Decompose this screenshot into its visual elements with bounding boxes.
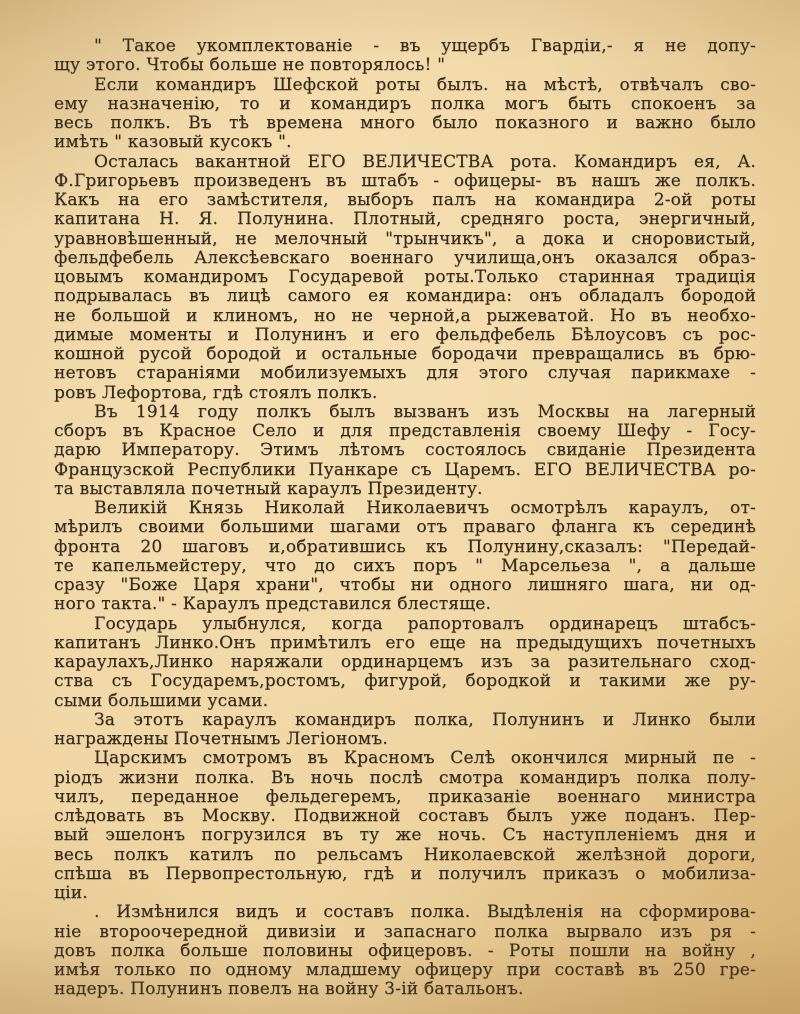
typewritten-text-body: " Такое укомплектованіе - въ ущербъ Гвар…: [54, 37, 756, 1000]
text-line: ства съ Государемъ,ростомъ, фигурой, бор…: [54, 672, 756, 691]
text-line: Въ 1914 году полкъ былъ вызванъ изъ Моск…: [54, 403, 756, 422]
text-line: ріодъ жизни полка. Въ ночь послѣ смотра …: [54, 769, 756, 788]
text-line: Государь улыбнулся, когда рапортовалъ ор…: [54, 615, 756, 634]
text-line: сборъ въ Красное Село и для представлені…: [54, 422, 756, 441]
text-line: щу этого. Чтобы больше не повторялось! ": [54, 56, 756, 75]
text-line: Осталась вакантной ЕГО ВЕЛИЧЕСТВА рота. …: [54, 153, 756, 172]
text-line: Царскимъ смотромъ въ Красномъ Селѣ оконч…: [54, 749, 756, 768]
text-line: фельдфебель Алексѣевскаго военнаго учили…: [54, 249, 756, 268]
text-line: спѣша въ Первопрестольную, гдѣ и получил…: [54, 865, 756, 884]
text-line: вый эшелонъ погрузился въ ту же ночь. Съ…: [54, 826, 756, 845]
text-line: Великій Князь Николай Николаевичъ осмотр…: [54, 499, 756, 518]
text-line: имѣя только по одному младшему офицеру п…: [54, 961, 756, 980]
text-line: имѣть " казовый кусокъ ".: [54, 133, 756, 152]
text-line: ему назначенію, то и командиръ полка мог…: [54, 95, 756, 114]
text-line: ціи.: [54, 884, 756, 903]
scanned-typewritten-page: " Такое укомплектованіе - въ ущербъ Гвар…: [0, 0, 800, 1014]
text-line: Ф.Григорьевъ произведенъ въ штабъ - офиц…: [54, 172, 756, 191]
text-line: капитана Н. Я. Полунина. Плотный, средня…: [54, 210, 756, 229]
text-line: уравновѣшенный, не мелочный "трынчикъ", …: [54, 230, 756, 249]
text-line: " Такое укомплектованіе - въ ущербъ Гвар…: [54, 37, 756, 56]
text-line: весь полкъ катилъ по рельсамъ Николаевск…: [54, 846, 756, 865]
text-line: слѣдовать въ Москву. Подвижной составъ б…: [54, 807, 756, 826]
text-line: те капельмейстеру, что до сихъ поръ " Ма…: [54, 557, 756, 576]
text-line: нетовъ стараніями мобилизуемыхъ для этог…: [54, 364, 756, 383]
text-line: дарю Императору. Этимъ лѣтомъ состоялось…: [54, 441, 756, 460]
text-line: фронта 20 шаговъ и,обратившись къ Полуни…: [54, 538, 756, 557]
text-line: ніе второочередной дивизіи и запаснаго п…: [54, 923, 756, 942]
text-line: ровъ Лефортова, гдѣ стоялъ полкъ.: [54, 384, 756, 403]
text-line: Какъ на его замѣстителя, выборъ палъ на …: [54, 191, 756, 210]
text-line: та выставляла почетный караулъ Президент…: [54, 480, 756, 499]
text-line: довъ полка больше половины офицеровъ. - …: [54, 942, 756, 961]
text-line: весь полкъ. Въ тѣ времена много было пок…: [54, 114, 756, 133]
text-line: ного такта." - Караулъ представился блес…: [54, 595, 756, 614]
text-line: сыми большими усами.: [54, 692, 756, 711]
text-line: За этотъ караулъ командиръ полка, Полуни…: [54, 711, 756, 730]
text-line: подрывалась въ лицѣ самого ея командира:…: [54, 287, 756, 306]
text-line: караулахъ,Линко наряжали ординарцемъ изъ…: [54, 653, 756, 672]
text-line: Если командиръ Шефской роты былъ. на мѣс…: [54, 76, 756, 95]
text-line: цовымъ командиромъ Государевой роты.Толь…: [54, 268, 756, 287]
text-line: чилъ, переданное фельдегеремъ, приказані…: [54, 788, 756, 807]
text-line: награждены Почетнымъ Легіономъ.: [54, 730, 756, 749]
text-line: сразу "Боже Царя храни", чтобы ни одного…: [54, 576, 756, 595]
text-line: димые моменты и Полунинъ и его фельдфебе…: [54, 326, 756, 345]
text-line: . Измѣнился видъ и составъ полка. Выдѣле…: [54, 903, 756, 922]
text-line: Французской Республики Пуанкаре съ Царем…: [54, 461, 756, 480]
text-line: не большой и клиномъ, но не черной,а рыж…: [54, 307, 756, 326]
text-line: надеръ. Полунинъ повелъ на войну 3-ій ба…: [54, 980, 756, 999]
text-line: капитанъ Линко.Онъ примѣтилъ его еще на …: [54, 634, 756, 653]
text-line: мѣрилъ своими большими шагами отъ праваг…: [54, 518, 756, 537]
text-line: кошной русой бородой и остальные бородач…: [54, 345, 756, 364]
